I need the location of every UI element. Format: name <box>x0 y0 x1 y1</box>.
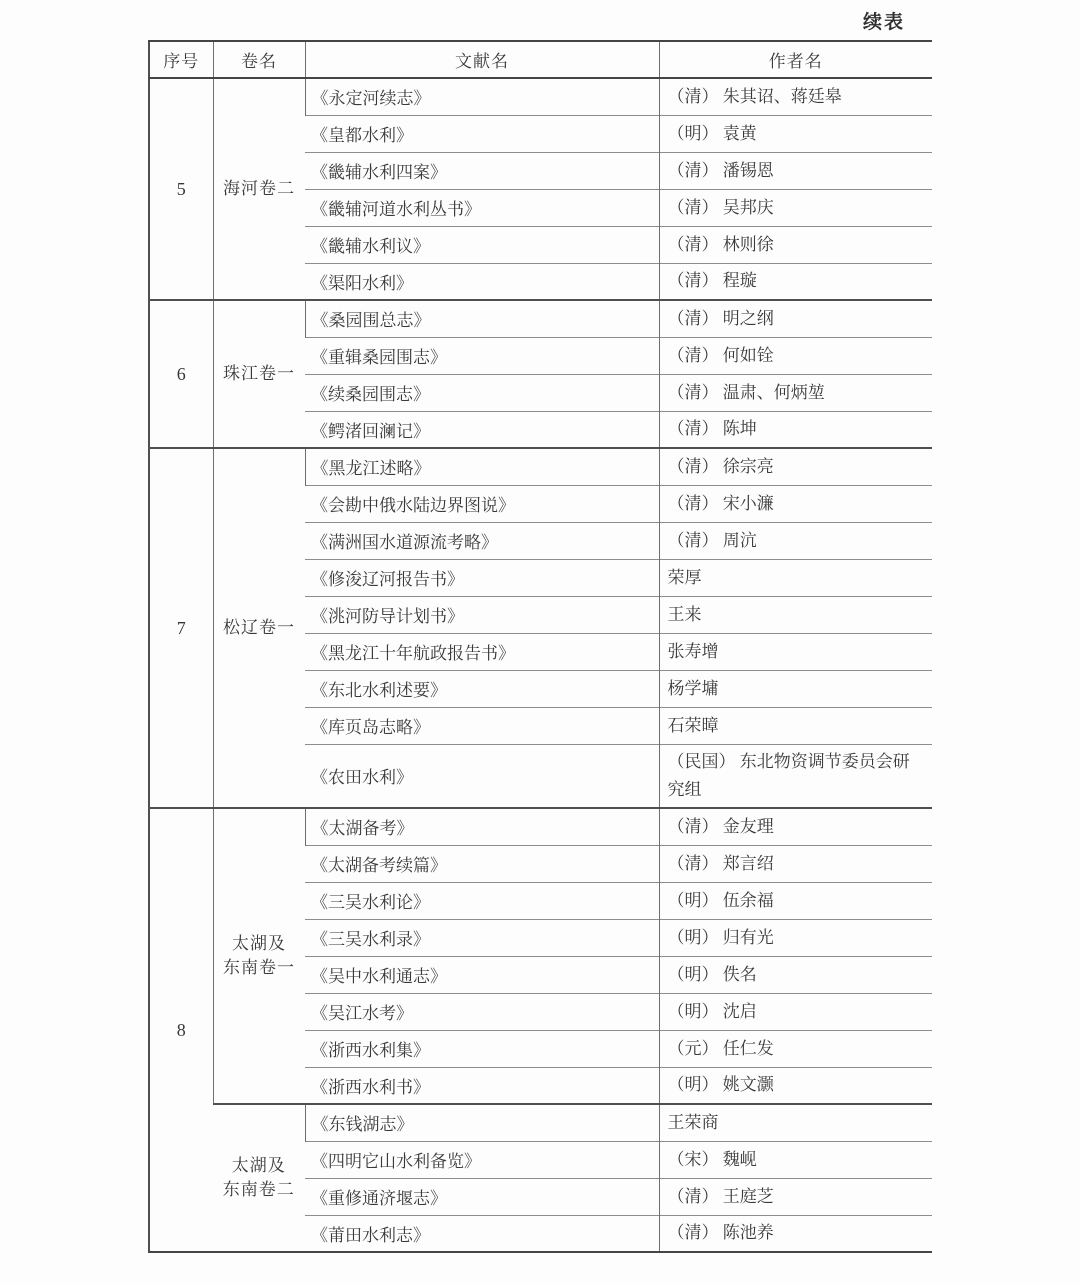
author-cell: （明） 姚文灏 <box>659 1067 932 1104</box>
seq-cell: 7 <box>149 448 213 808</box>
author-cell: （明） 袁黄 <box>659 115 932 152</box>
title-cell: 《太湖备考》 <box>305 808 659 845</box>
seq-cell: 8 <box>149 808 213 1252</box>
title-cell: 《皇都水利》 <box>305 115 659 152</box>
author-cell: （清） 陈池养 <box>659 1215 932 1252</box>
author-cell: （明） 佚名 <box>659 956 932 993</box>
title-cell: 《三吴水利论》 <box>305 882 659 919</box>
author-cell: （清） 程璇 <box>659 263 932 300</box>
author-cell: （宋） 魏岘 <box>659 1141 932 1178</box>
author-cell: （清） 郑言绍 <box>659 845 932 882</box>
volume-line: 海河卷二 <box>215 177 304 201</box>
volume-cell: 珠江卷一 <box>213 300 305 448</box>
column-header: 作者名 <box>659 41 932 78</box>
table-body: 5海河卷二《永定河续志》（清） 朱其诏、蒋廷皋《皇都水利》（明） 袁黄《畿辅水利… <box>149 78 932 1252</box>
author-cell: （元） 任仁发 <box>659 1030 932 1067</box>
author-cell: （民国） 东北物资调节委员会研究组 <box>659 744 932 808</box>
title-cell: 《四明它山水利备览》 <box>305 1141 659 1178</box>
author-cell: 王来 <box>659 596 932 633</box>
title-cell: 《桑园围总志》 <box>305 300 659 337</box>
title-cell: 《吴中水利通志》 <box>305 956 659 993</box>
title-cell: 《太湖备考续篇》 <box>305 845 659 882</box>
header-row: 序号卷名文献名作者名 <box>149 41 932 78</box>
table-row: 6珠江卷一《桑园围总志》（清） 明之纲 <box>149 300 932 337</box>
author-cell: （清） 林则徐 <box>659 226 932 263</box>
title-cell: 《畿辅水利议》 <box>305 226 659 263</box>
author-cell: （明） 伍余福 <box>659 882 932 919</box>
title-cell: 《渠阳水利》 <box>305 263 659 300</box>
continuation-label: 续表 <box>849 7 905 34</box>
title-cell: 《莆田水利志》 <box>305 1215 659 1252</box>
author-cell: （明） 沈启 <box>659 993 932 1030</box>
title-cell: 《续桑园围志》 <box>305 374 659 411</box>
title-cell: 《重辑桑园围志》 <box>305 337 659 374</box>
title-cell: 《库页岛志略》 <box>305 707 659 744</box>
author-cell: （清） 金友理 <box>659 808 932 845</box>
title-cell: 《东钱湖志》 <box>305 1104 659 1141</box>
author-cell: （清） 何如铨 <box>659 337 932 374</box>
author-cell: （清） 周沆 <box>659 522 932 559</box>
author-cell: （清） 徐宗亮 <box>659 448 932 485</box>
title-cell: 《东北水利述要》 <box>305 670 659 707</box>
volume-cell: 松辽卷一 <box>213 448 305 808</box>
table-row: 5海河卷二《永定河续志》（清） 朱其诏、蒋廷皋 <box>149 78 932 115</box>
volume-line: 东南卷一 <box>215 956 304 980</box>
author-cell: （清） 吴邦庆 <box>659 189 932 226</box>
volume-line: 东南卷二 <box>214 1178 304 1202</box>
author-cell: 荣厚 <box>659 559 932 596</box>
author-cell: （清） 朱其诏、蒋廷皋 <box>659 78 932 115</box>
title-cell: 《修浚辽河报告书》 <box>305 559 659 596</box>
title-cell: 《鳄渚回澜记》 <box>305 411 659 448</box>
volume-cell: 太湖及东南卷一 <box>213 808 305 1104</box>
author-cell: （清） 明之纲 <box>659 300 932 337</box>
volume-cell: 太湖及东南卷二 <box>213 1104 305 1252</box>
author-cell: （清） 宋小濂 <box>659 485 932 522</box>
document-table: 序号卷名文献名作者名 5海河卷二《永定河续志》（清） 朱其诏、蒋廷皋《皇都水利》… <box>148 40 932 1253</box>
volume-cell: 海河卷二 <box>213 78 305 300</box>
column-header: 文献名 <box>305 41 659 78</box>
title-cell: 《会勘中俄水陆边界图说》 <box>305 485 659 522</box>
table-row: 太湖及东南卷二《东钱湖志》王荣商 <box>149 1104 932 1141</box>
author-cell: 石荣暲 <box>659 707 932 744</box>
title-cell: 《畿辅河道水利丛书》 <box>305 189 659 226</box>
volume-line: 太湖及 <box>215 932 304 956</box>
title-cell: 《满洲国水道源流考略》 <box>305 522 659 559</box>
author-cell: 王荣商 <box>659 1104 932 1141</box>
author-cell: 杨学墉 <box>659 670 932 707</box>
document-page: 续表 序号卷名文献名作者名 5海河卷二《永定河续志》（清） 朱其诏、蒋廷皋《皇都… <box>0 0 1080 1285</box>
column-header: 序号 <box>149 41 213 78</box>
volume-line: 太湖及 <box>214 1154 304 1178</box>
seq-cell: 5 <box>149 78 213 300</box>
title-cell: 《洮河防导计划书》 <box>305 596 659 633</box>
column-header: 卷名 <box>213 41 305 78</box>
author-cell: 张寿增 <box>659 633 932 670</box>
table-row: 8太湖及东南卷一《太湖备考》（清） 金友理 <box>149 808 932 845</box>
title-cell: 《吴江水考》 <box>305 993 659 1030</box>
title-cell: 《农田水利》 <box>305 744 659 808</box>
author-cell: （明） 归有光 <box>659 919 932 956</box>
volume-line: 松辽卷一 <box>215 616 304 640</box>
author-cell: （清） 温肃、何炳堃 <box>659 374 932 411</box>
title-cell: 《永定河续志》 <box>305 78 659 115</box>
title-cell: 《畿辅水利四案》 <box>305 152 659 189</box>
title-cell: 《重修通济堰志》 <box>305 1178 659 1215</box>
author-cell: （清） 王庭芝 <box>659 1178 932 1215</box>
table-header: 序号卷名文献名作者名 <box>149 41 932 78</box>
author-cell: （清） 潘锡恩 <box>659 152 932 189</box>
seq-cell: 6 <box>149 300 213 448</box>
author-cell: （清） 陈坤 <box>659 411 932 448</box>
title-cell: 《浙西水利书》 <box>305 1067 659 1104</box>
volume-line: 珠江卷一 <box>215 362 304 386</box>
table-row: 7松辽卷一《黑龙江述略》（清） 徐宗亮 <box>149 448 932 485</box>
title-cell: 《黑龙江十年航政报告书》 <box>305 633 659 670</box>
title-cell: 《黑龙江述略》 <box>305 448 659 485</box>
title-cell: 《浙西水利集》 <box>305 1030 659 1067</box>
title-cell: 《三吴水利录》 <box>305 919 659 956</box>
